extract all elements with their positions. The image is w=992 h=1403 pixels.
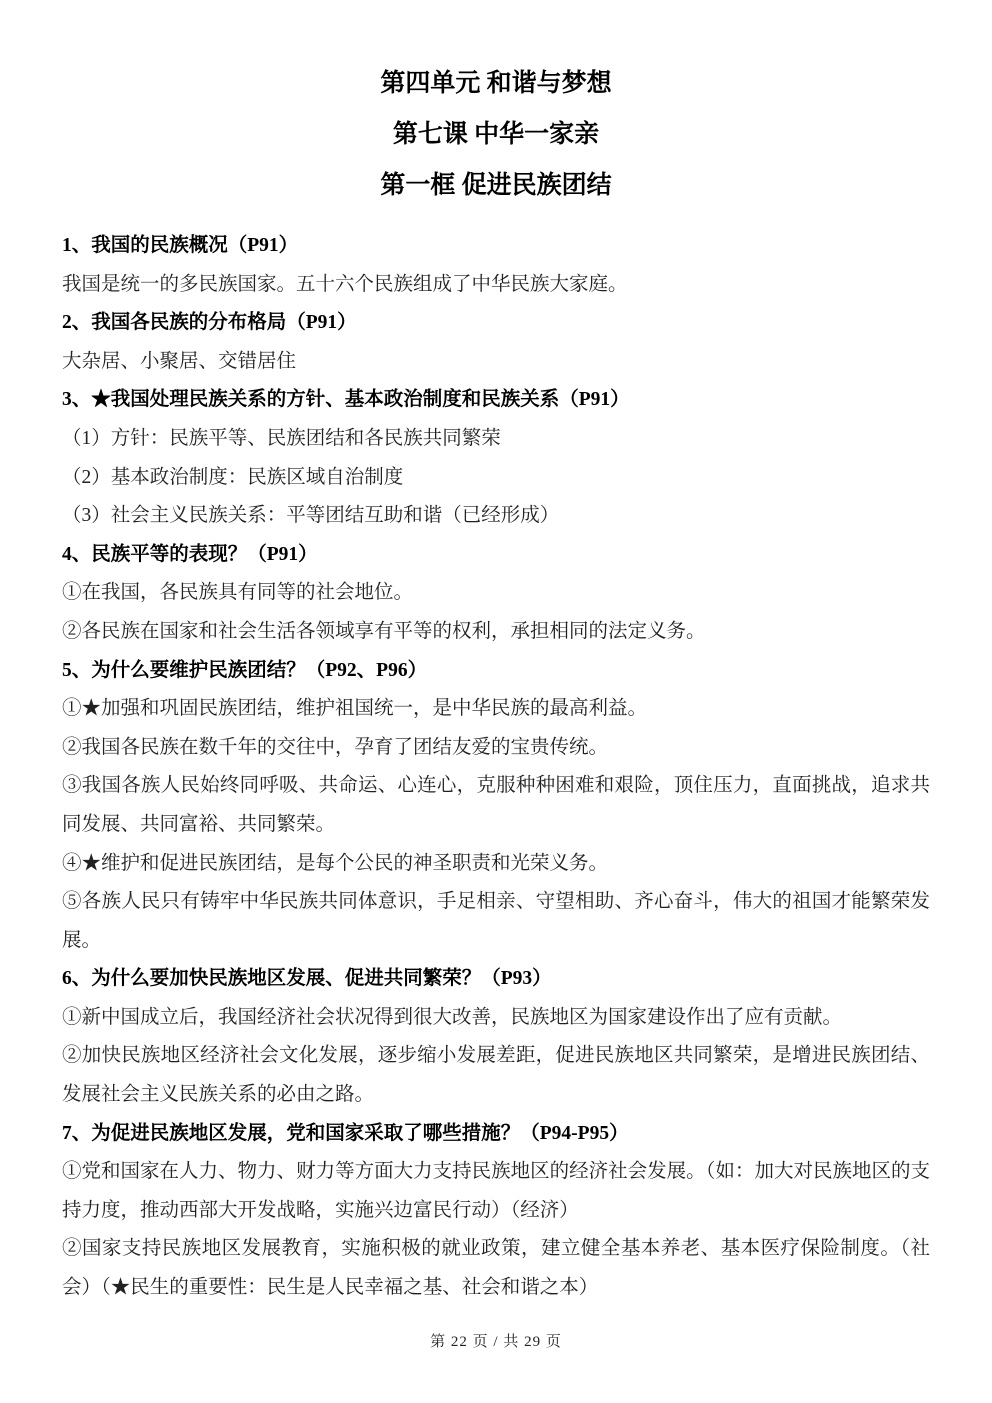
unit-title: 第四单元 和谐与梦想 [62, 58, 930, 109]
section-paragraph: 我国是统一的多民族国家。五十六个民族组成了中华民族大家庭。 [62, 266, 930, 305]
section-paragraph: （2）基本政治制度：民族区域自治制度 [62, 459, 930, 498]
section-paragraph: ②我国各民族在数千年的交往中，孕育了团结友爱的宝贵传统。 [62, 729, 930, 768]
lesson-title: 第七课 中华一家亲 [62, 109, 930, 160]
section-paragraph: ①在我国，各民族具有同等的社会地位。 [62, 574, 930, 613]
section-paragraph: ④★维护和促进民族团结，是每个公民的神圣职责和光荣义务。 [62, 845, 930, 884]
document-page: 第四单元 和谐与梦想 第七课 中华一家亲 第一框 促进民族团结 1、我国的民族概… [0, 0, 992, 1403]
title-block: 第四单元 和谐与梦想 第七课 中华一家亲 第一框 促进民族团结 [62, 58, 930, 211]
section-heading: 2、我国各民族的分布格局（P91） [62, 304, 930, 343]
section-paragraph: ③我国各族人民始终同呼吸、共命运、心连心，克服种种困难和艰险，顶住压力，直面挑战… [62, 767, 930, 844]
section-heading: 1、我国的民族概况（P91） [62, 227, 930, 266]
frame-title: 第一框 促进民族团结 [62, 160, 930, 211]
section-paragraph: ②加快民族地区经济社会文化发展，逐步缩小发展差距，促进民族地区共同繁荣，是增进民… [62, 1037, 930, 1114]
section-heading: 5、为什么要维护民族团结？（P92、P96） [62, 652, 930, 691]
section-paragraph: 大杂居、小聚居、交错居住 [62, 343, 930, 382]
sections: 1、我国的民族概况（P91）我国是统一的多民族国家。五十六个民族组成了中华民族大… [62, 227, 930, 1308]
section-paragraph: ①新中国成立后，我国经济社会状况得到很大改善，民族地区为国家建设作出了应有贡献。 [62, 999, 930, 1038]
section-paragraph: ②各民族在国家和社会生活各领域享有平等的权利，承担相同的法定义务。 [62, 613, 930, 652]
section-heading: 7、为促进民族地区发展，党和国家采取了哪些措施？（P94-P95） [62, 1115, 930, 1154]
section-paragraph: ⑤各族人民只有铸牢中华民族共同体意识，手足相亲、守望相助、齐心奋斗，伟大的祖国才… [62, 883, 930, 960]
page-footer: 第 22 页 / 共 29 页 [0, 1330, 992, 1351]
section-paragraph: ②国家支持民族地区发展教育，实施积极的就业政策，建立健全基本养老、基本医疗保险制… [62, 1230, 930, 1307]
section-heading: 3、★我国处理民族关系的方针、基本政治制度和民族关系（P91） [62, 381, 930, 420]
section-paragraph: ①★加强和巩固民族团结，维护祖国统一，是中华民族的最高利益。 [62, 690, 930, 729]
section-paragraph: （1）方针：民族平等、民族团结和各民族共同繁荣 [62, 420, 930, 459]
section-heading: 4、民族平等的表现？（P91） [62, 536, 930, 575]
section-paragraph: （3）社会主义民族关系：平等团结互助和谐（已经形成） [62, 497, 930, 536]
section-heading: 6、为什么要加快民族地区发展、促进共同繁荣？（P93） [62, 960, 930, 999]
section-paragraph: ①党和国家在人力、物力、财力等方面大力支持民族地区的经济社会发展。（如：加大对民… [62, 1153, 930, 1230]
